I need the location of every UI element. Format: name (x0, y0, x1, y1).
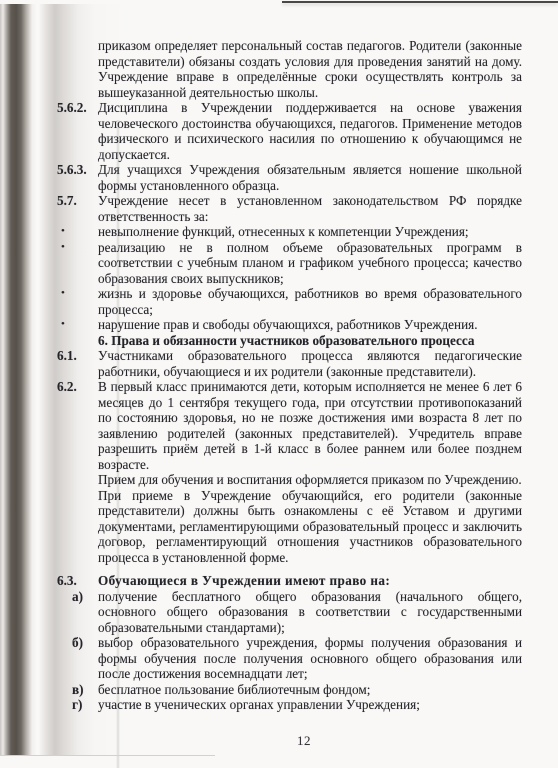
bullet-text: нарушение прав и свободы обучающихся, ра… (98, 317, 478, 332)
liability-bullet-item: • невыполнение функций, отнесенных к ком… (98, 224, 522, 240)
liability-bullet-item: • нарушение прав и свободы обучающихся, … (98, 317, 522, 333)
clause-number: 5.6.2. (57, 100, 87, 116)
clause-6-1: 6.1. Участниками образовательного процес… (98, 348, 522, 379)
bullet-icon: • (61, 240, 65, 256)
item-letter: а) (72, 589, 83, 605)
bullet-text: жизнь и здоровье обучающихся, работников… (98, 286, 522, 317)
item-letter: г) (72, 697, 82, 713)
item-text: участие в ученических органах управлении… (98, 697, 420, 712)
clause-text: Для учащихся Учреждения обязательным явл… (98, 162, 522, 193)
bullet-icon: • (61, 317, 65, 333)
paragraph-admission-order: Прием для обучения и воспитания оформляе… (98, 472, 522, 488)
liability-bullet-item: • реализацию не в полном объеме образова… (98, 240, 522, 287)
clause-6-3-heading: 6.3. Обучающиеся в Учреждении имеют прав… (98, 573, 522, 589)
bullet-text: реализацию не в полном объеме образовате… (98, 240, 522, 286)
scan-top-edge-line (282, 1, 558, 3)
clause-6-2: 6.2. В первый класс принимаются дети, ко… (98, 379, 522, 472)
clause-5-7: 5.7. Учреждение несет в установленном за… (98, 193, 522, 224)
section-6-heading: 6. Права и обязанности участников образо… (98, 333, 522, 349)
clause-text: Участниками образовательного процесса яв… (98, 348, 522, 379)
clause-number: 5.7. (57, 193, 77, 209)
bullet-icon: • (61, 224, 65, 240)
clause-title: Обучающиеся в Учреждении имеют право на: (98, 573, 390, 588)
item-letter: в) (72, 682, 84, 698)
item-text: выбор образовательного учреждения, формы… (98, 635, 522, 681)
clause-5-6-3: 5.6.3. Для учащихся Учреждения обязатель… (98, 162, 522, 193)
clause-text: Учреждение несет в установленном законод… (98, 193, 522, 224)
clause-number: 6.3. (57, 573, 77, 589)
paragraph-admission-familiarization: При приеме в Учреждение обучающийся, его… (98, 488, 522, 566)
student-right-item: в) бесплатное пользование библиотечным ф… (98, 682, 522, 698)
liability-bullet-item: • жизнь и здоровье обучающихся, работник… (98, 286, 522, 317)
clause-5-6-2: 5.6.2. Дисциплина в Учреждении поддержив… (98, 100, 522, 162)
item-letter: б) (72, 635, 83, 651)
student-right-item: б) выбор образовательного учреждения, фо… (98, 635, 522, 682)
item-text: бесплатное пользование библиотечным фонд… (98, 682, 370, 697)
clause-number: 6.2. (57, 379, 77, 395)
scan-bottom-edge-line (0, 755, 215, 756)
clause-number: 6.1. (57, 348, 77, 364)
student-right-item: г) участие в ученических органах управле… (98, 697, 522, 713)
student-right-item: а) получение бесплатного общего образова… (98, 589, 522, 636)
document-text-block: приказом определяет персональный состав … (98, 38, 522, 713)
clause-text: Дисциплина в Учреждении поддерживается н… (98, 100, 522, 162)
clause-number: 5.6.3. (57, 162, 87, 178)
bullet-text: невыполнение функций, отнесенных к компе… (98, 224, 469, 239)
item-text: получение бесплатного общего образования… (98, 589, 522, 635)
paragraph-home-schooling: приказом определяет персональный состав … (98, 38, 522, 100)
scanned-document-page: приказом определяет персональный состав … (0, 0, 558, 768)
clause-text: В первый класс принимаются дети, которым… (98, 379, 522, 472)
page-number: 12 (98, 733, 510, 749)
bullet-icon: • (61, 286, 65, 302)
